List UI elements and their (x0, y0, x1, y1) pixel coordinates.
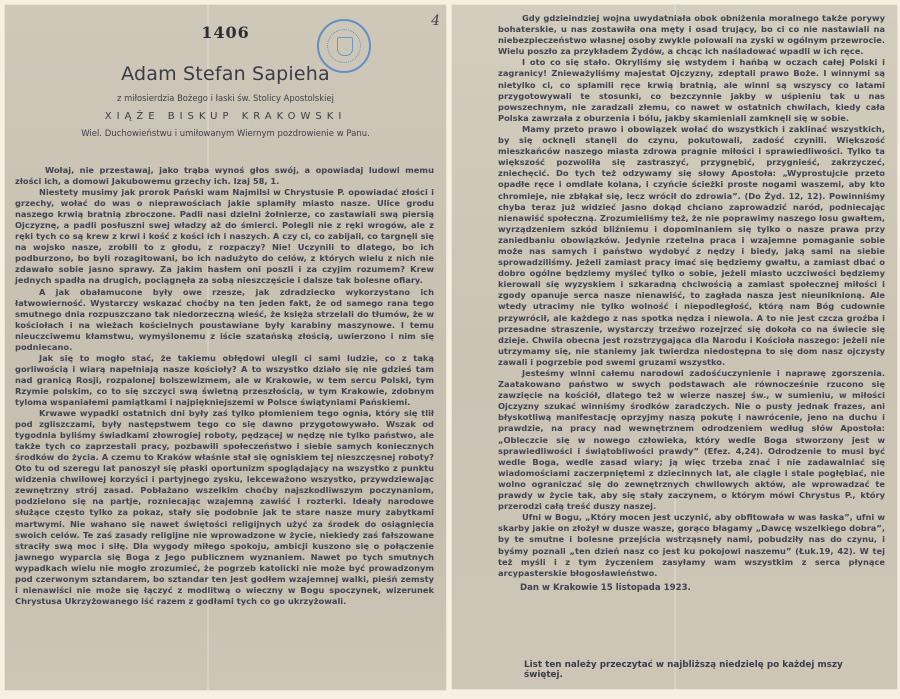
right-page: Gdy gdzieindziej wojna uwydatniała obok … (452, 5, 897, 689)
paragraph: Gdy gdzieindziej wojna uwydatniała obok … (498, 13, 885, 57)
paragraph: A jak obałamucone były owe rzesze, jak z… (15, 287, 434, 353)
paragraph: Krwawe wypadki ostatnich dni były zaś ty… (15, 408, 434, 607)
paragraph: Jak się to mogło stać, że takiemu obłędo… (15, 353, 434, 408)
page-title: Adam Stefan Sapieha (5, 63, 446, 85)
date-signoff: Dan w Krakowie 15 listopada 1923. (498, 583, 885, 594)
opening-verse: Wołaj, nie przestawaj, jako trąba wynoś … (15, 165, 434, 187)
document-number: 1406 (5, 23, 446, 42)
right-body-text: Gdy gdzieindziej wojna uwydatniała obok … (498, 13, 885, 594)
paragraph: Jesteśmy winni całemu narodowi zadośćucz… (498, 368, 885, 512)
paragraph: Niestety musimy jak prorok Pański wam Na… (15, 187, 434, 286)
paragraph: I oto co się stało. Okryliśmy się wstyde… (498, 57, 885, 124)
paragraph: Ufni w Bogu, „Który mocen jest uczynić, … (498, 512, 885, 579)
subtitle-grace: z miłosierdzia Bożego i łaski św. Stolic… (5, 93, 446, 103)
left-page: 4 1406 Adam Stefan Sapieha z miłosierdzi… (5, 5, 446, 690)
left-body-text: Wołaj, nie przestawaj, jako trąba wynoś … (15, 165, 434, 607)
subtitle-office: XIĄŻE BISKUP KRAKOWSKI (5, 111, 446, 122)
stamp-emblem-icon (337, 37, 353, 56)
subtitle-greeting: Wiel. Duchowieństwu i umiłowanym Wiernym… (5, 129, 446, 139)
reading-instruction: List ten należy przeczytać w najbliższą … (524, 660, 877, 680)
paragraph: Mamy przeto prawo i obowiązek wołać do w… (498, 124, 885, 368)
